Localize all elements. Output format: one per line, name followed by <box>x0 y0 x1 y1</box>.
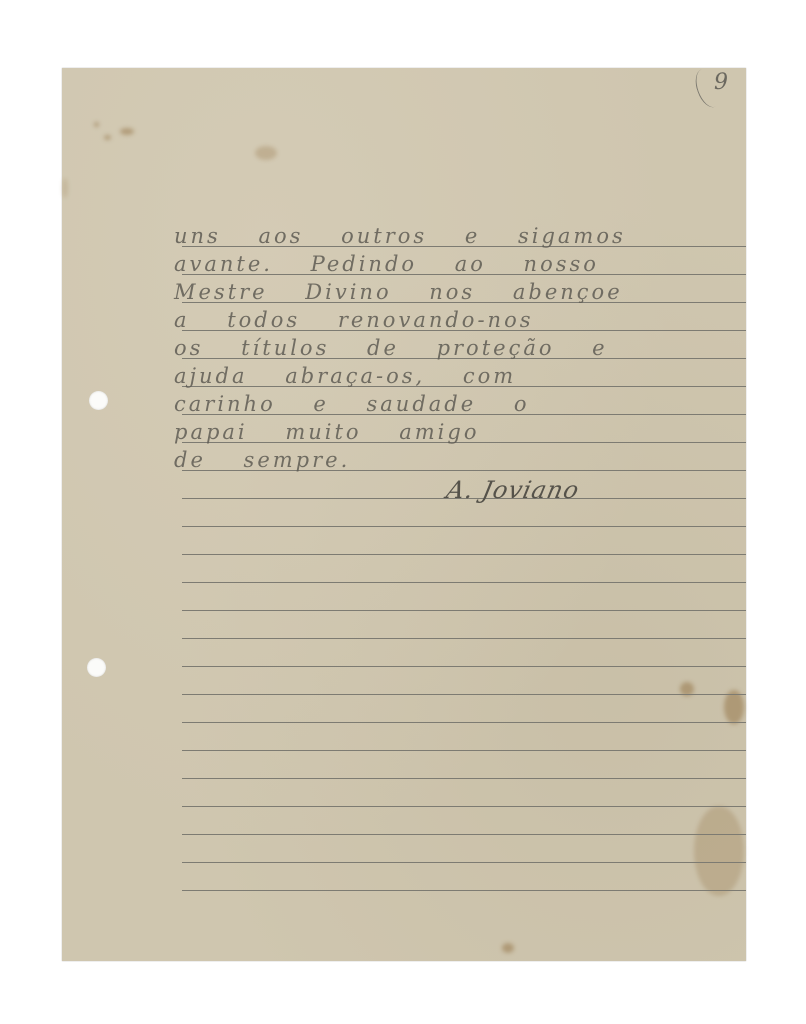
stain <box>62 178 68 198</box>
stain <box>104 135 111 140</box>
page-number: 9 <box>714 70 728 95</box>
ruled-line <box>182 526 746 527</box>
handwritten-line: carinho e saudade o <box>174 392 529 416</box>
handwritten-line: papai muito amigo <box>174 420 479 444</box>
ruled-line <box>182 582 746 583</box>
handwritten-line: Mestre Divino nos abençoe <box>174 280 623 304</box>
ruled-line <box>182 862 746 863</box>
signature: A. Joviano <box>444 476 582 504</box>
ruled-line <box>182 890 746 891</box>
handwritten-line: uns aos outros e sigamos <box>174 224 626 248</box>
punch-hole-bottom <box>87 658 106 677</box>
handwritten-line: ajuda abraça-os, com <box>174 364 516 388</box>
ruled-line <box>182 554 746 555</box>
stain <box>502 943 514 953</box>
ruled-line <box>182 722 746 723</box>
ruled-line <box>182 638 746 639</box>
handwritten-line: os títulos de proteção e <box>174 336 608 360</box>
ruled-line <box>182 610 746 611</box>
stain <box>724 690 744 724</box>
handwritten-line: de sempre. <box>174 448 350 472</box>
stain <box>94 122 99 127</box>
ruled-line <box>182 778 746 779</box>
ruled-line <box>182 750 746 751</box>
ruled-line <box>182 806 746 807</box>
stain <box>120 128 134 135</box>
stain <box>694 806 744 896</box>
ruled-line <box>182 666 746 667</box>
ruled-line <box>182 694 746 695</box>
handwritten-line: a todos renovando-nos <box>174 308 534 332</box>
stain <box>255 146 277 160</box>
ruled-line <box>182 834 746 835</box>
handwritten-line: avante. Pedindo ao nosso <box>174 252 599 276</box>
letter-page: 9 uns aos outros e sigamos avante. Pedin… <box>62 68 746 961</box>
punch-hole-top <box>89 391 108 410</box>
